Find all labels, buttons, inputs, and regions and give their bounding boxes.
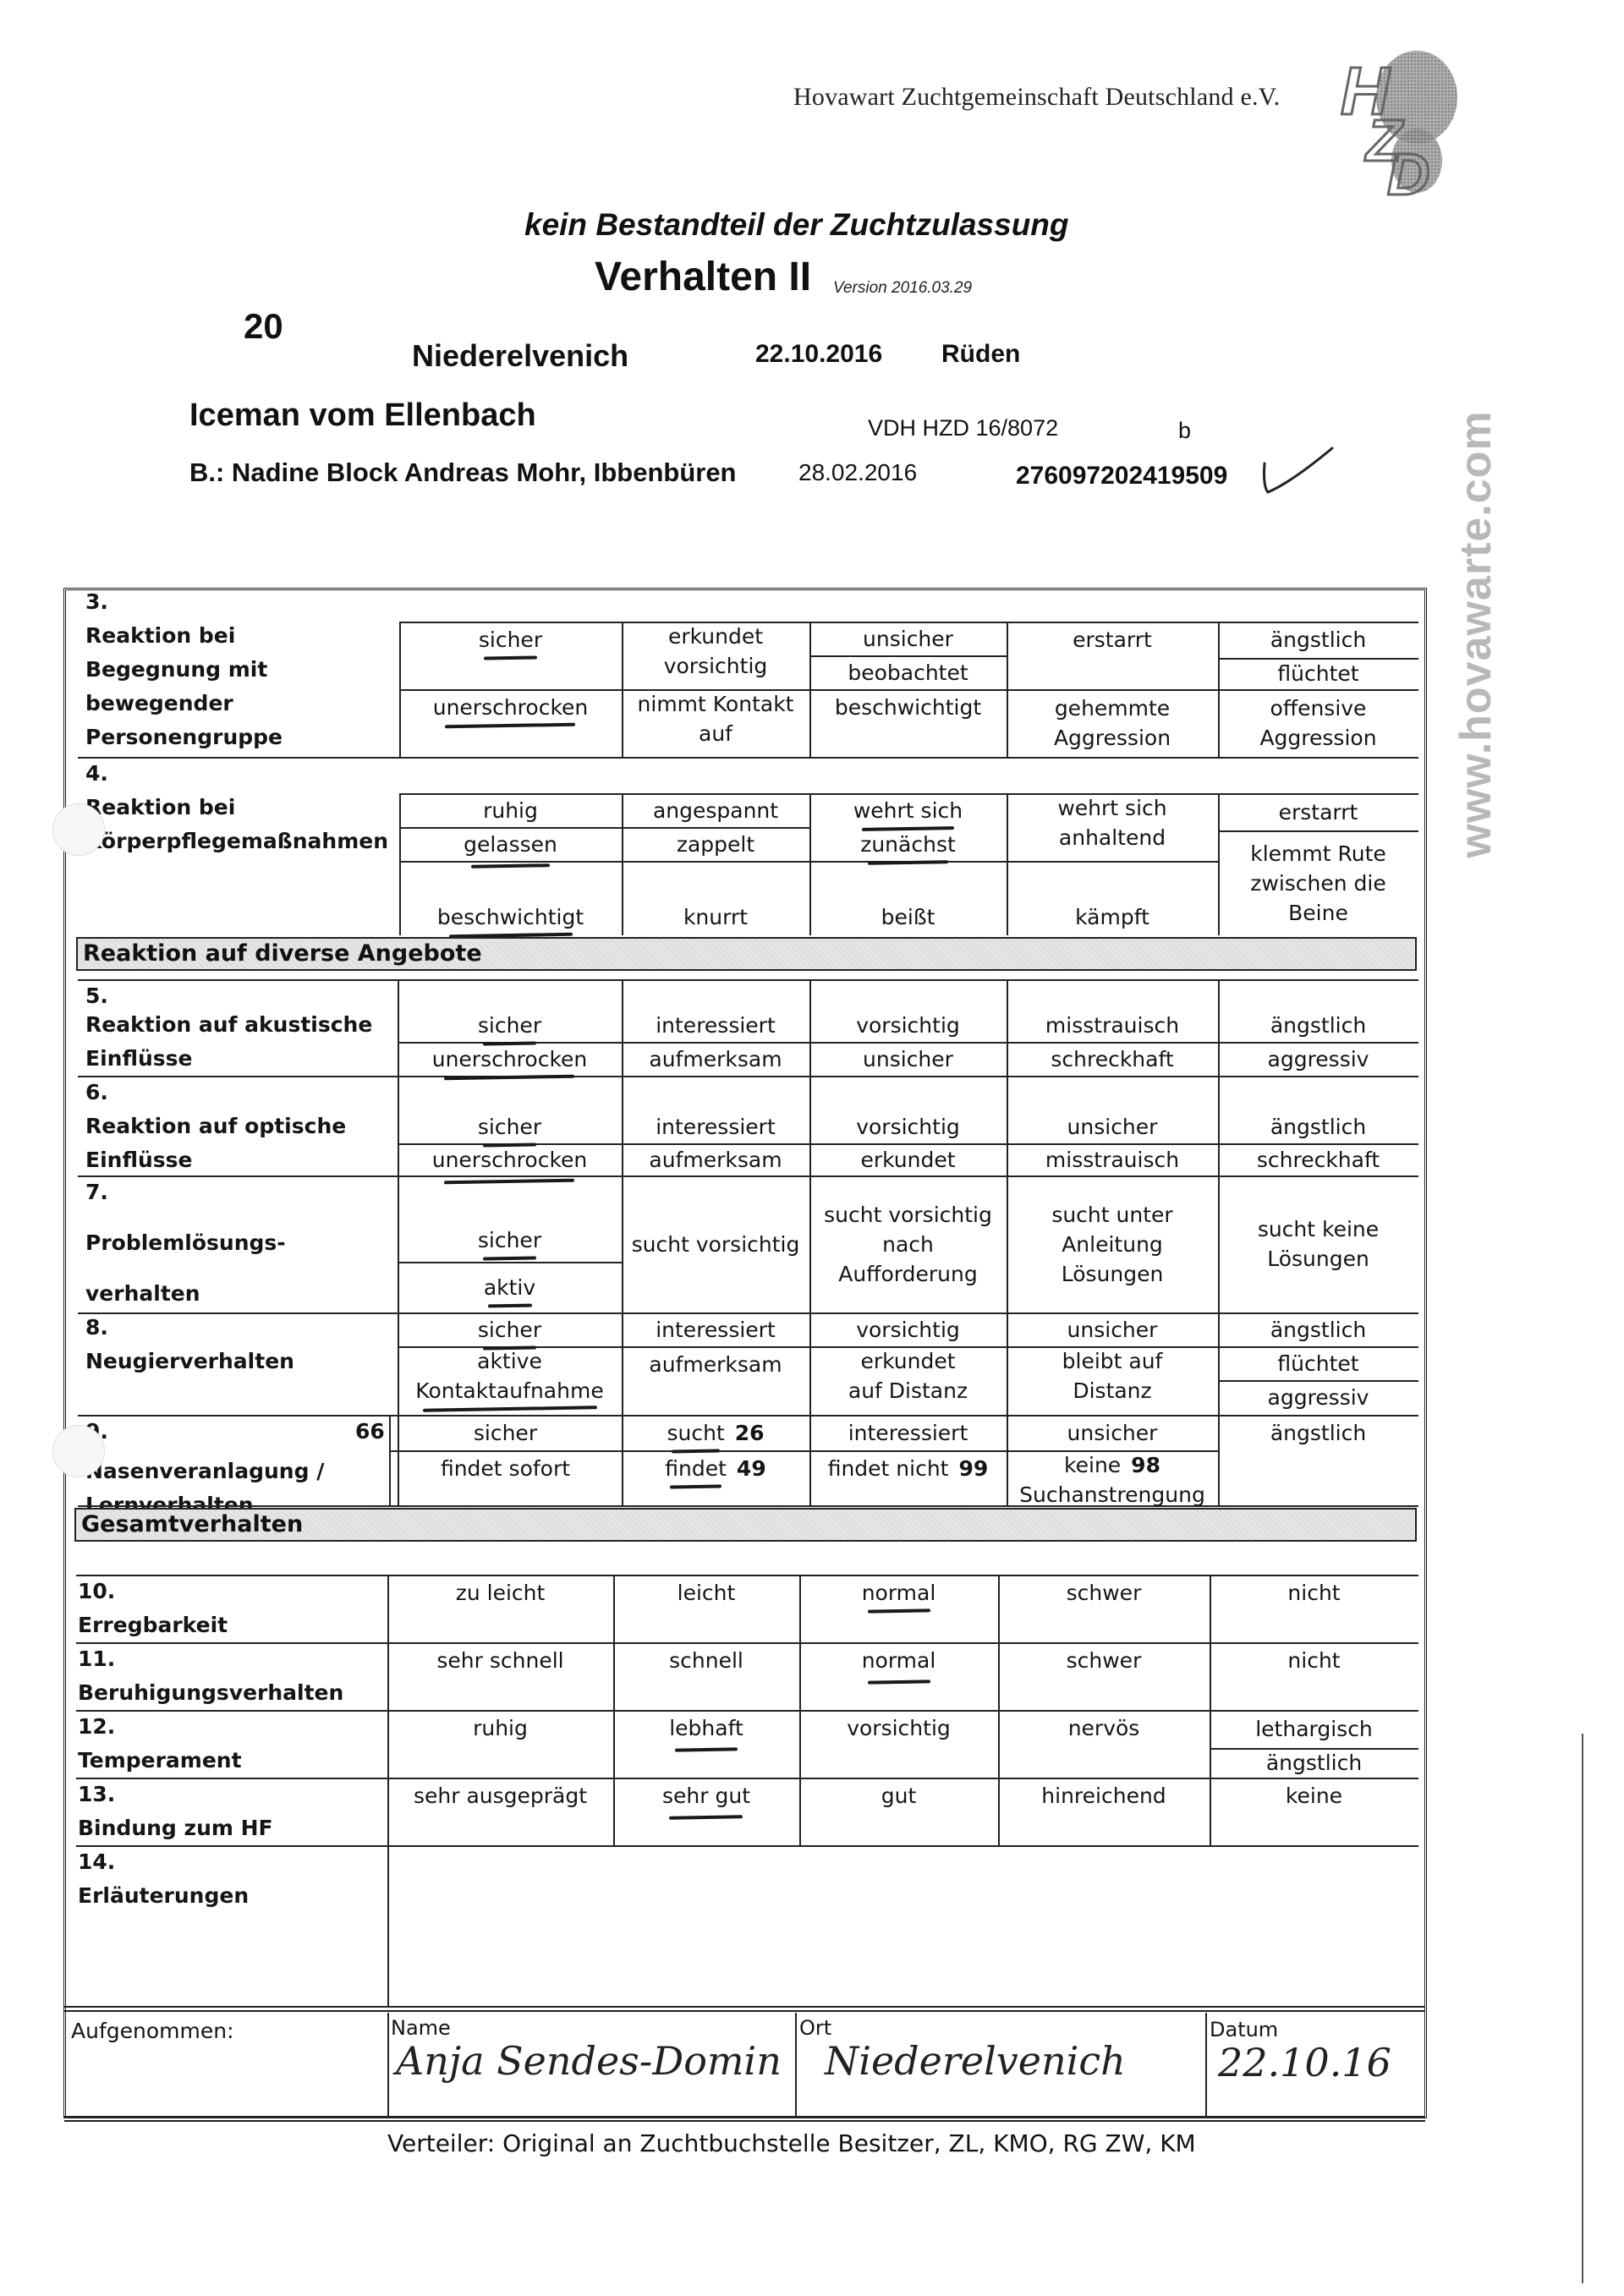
option-i11-normal[interactable]: normal bbox=[799, 1642, 998, 1710]
option-i12-aengstlich[interactable]: ängstlich bbox=[1210, 1748, 1418, 1778]
checkmark-icon bbox=[1258, 440, 1342, 499]
option-i4-erstarrt[interactable]: erstarrt bbox=[1218, 793, 1418, 830]
item-8-label: Neugierverhalten bbox=[85, 1345, 294, 1378]
item-7-number: 7. bbox=[85, 1175, 108, 1209]
option-i8-erkundet-auf-distanz[interactable]: erkundet auf Distanz bbox=[809, 1346, 1007, 1415]
option-i13-sehr-gut[interactable]: sehr gut bbox=[613, 1778, 799, 1845]
option-i8-bleibt-auf-distanz[interactable]: bleibt auf Distanz bbox=[1007, 1346, 1218, 1415]
option-i6-sicher[interactable]: sicher bbox=[398, 1110, 622, 1143]
svg-text:D: D bbox=[1387, 141, 1430, 199]
item-14-label: 14.Erläuterungen bbox=[78, 1845, 249, 1913]
dog-name: Iceman vom Ellenbach bbox=[189, 397, 536, 434]
option-i5-schreckhaft[interactable]: schreckhaft bbox=[1007, 1042, 1218, 1076]
option-i3-erkundet-vorsichtig[interactable]: erkundet vorsichtig bbox=[622, 622, 809, 689]
item-13-label: 13.Bindung zum HF bbox=[78, 1778, 273, 1845]
option-i5-sicher[interactable]: sicher bbox=[398, 1008, 622, 1042]
option-i4-klemmt-rute[interactable]: klemmt Rute zwischen die Beine bbox=[1218, 830, 1418, 935]
option-i8-aktive-kontaktaufnahme[interactable]: aktive Kontaktaufnahme bbox=[398, 1346, 622, 1415]
item-6-number: 6. bbox=[85, 1076, 108, 1110]
option-i7-sucht-vorsichtig[interactable]: sucht vorsichtig bbox=[622, 1175, 809, 1312]
scan-edge bbox=[1582, 1734, 1583, 2283]
item-12-label: 12.Temperament bbox=[78, 1710, 242, 1778]
breeder-info: B.: Nadine Block Andreas Mohr, Ibbenbüre… bbox=[189, 458, 737, 488]
option-i4-wehrt-sich[interactable]: wehrt sich bbox=[809, 793, 1007, 827]
place-field[interactable]: Niederelvenich bbox=[825, 2038, 1126, 2084]
option-i3-beobachtet[interactable]: beobachtet bbox=[809, 655, 1007, 689]
examiner-name-field[interactable]: Anja Sendes-Domin bbox=[396, 2038, 782, 2084]
option-i8-aengstlich[interactable]: ängstlich bbox=[1218, 1312, 1418, 1346]
aufgenommen-label: Aufgenommen: bbox=[71, 2014, 234, 2048]
erlaeuterungen-field[interactable] bbox=[389, 1847, 1417, 2004]
dog-number: 20 bbox=[244, 306, 283, 347]
option-i10-zu-leicht[interactable]: zu leicht bbox=[387, 1575, 613, 1642]
option-i4-zunaechst[interactable]: zunächst bbox=[809, 827, 1007, 861]
option-i7-sucht-unter-anleitung[interactable]: sucht unter Anleitung Lösungen bbox=[1007, 1175, 1218, 1312]
option-i13-hinreichend[interactable]: hinreichend bbox=[998, 1778, 1210, 1845]
option-i9-findet-sofort[interactable]: findet sofort bbox=[389, 1450, 622, 1505]
option-i8-sicher[interactable]: sicher bbox=[398, 1312, 622, 1346]
option-i4-zappelt[interactable]: zappelt bbox=[622, 827, 809, 861]
item-6-label: Reaktion auf optischeEinflüsse bbox=[85, 1110, 346, 1177]
option-i11-schnell[interactable]: schnell bbox=[613, 1642, 799, 1710]
option-i7-sucht-nach-aufforderung[interactable]: sucht vorsichtig nach Aufforderung bbox=[809, 1175, 1007, 1312]
page-title: Verhalten II bbox=[595, 254, 811, 300]
option-i10-schwer[interactable]: schwer bbox=[998, 1575, 1210, 1642]
option-i7-aktiv[interactable]: aktiv bbox=[398, 1262, 622, 1312]
option-i11-sehr-schnell[interactable]: sehr schnell bbox=[387, 1642, 613, 1710]
item-3-label: Reaktion beiBegegnung mitbewegenderPerso… bbox=[85, 619, 283, 754]
organization-name: Hovawart Zuchtgemeinschaft Deutschland e… bbox=[793, 83, 1280, 112]
item-10-label: 10.Erregbarkeit bbox=[78, 1575, 228, 1642]
option-i12-ruhig[interactable]: ruhig bbox=[387, 1710, 613, 1778]
option-i3-unsicher[interactable]: unsicher bbox=[809, 622, 1007, 655]
option-i7-sucht-keine-loesungen[interactable]: sucht keine Lösungen bbox=[1218, 1175, 1418, 1312]
option-i9-keine-suchanstrengung[interactable]: keine98 Suchanstrengung bbox=[1007, 1450, 1218, 1505]
option-i13-sehr-ausgepraegt[interactable]: sehr ausgeprägt bbox=[387, 1778, 613, 1845]
option-i4-beisst[interactable]: beißt bbox=[809, 861, 1007, 935]
option-i6-unerschrocken[interactable]: unerschrocken bbox=[398, 1143, 622, 1175]
option-i9-unsicher[interactable]: unsicher bbox=[1007, 1415, 1218, 1450]
watermark: www.hovawarte.com bbox=[1451, 338, 1501, 930]
option-i9-sicher[interactable]: sicher bbox=[389, 1415, 622, 1450]
dog-sex: Rüden bbox=[941, 340, 1020, 369]
option-i3-aengstlich[interactable]: ängstlich bbox=[1218, 622, 1418, 658]
option-i3-erstarrt[interactable]: erstarrt bbox=[1007, 622, 1218, 689]
option-i4-kaempft[interactable]: kämpft bbox=[1007, 861, 1218, 935]
birth-date: 28.02.2016 bbox=[798, 459, 917, 486]
option-i8-aufmerksam[interactable]: aufmerksam bbox=[622, 1346, 809, 1415]
item-9-score: 66 bbox=[355, 1415, 385, 1449]
date-field[interactable]: 22.10.16 bbox=[1218, 2040, 1391, 2085]
chip-number: 276097202419509 bbox=[1016, 462, 1227, 490]
registration-suffix: b bbox=[1178, 418, 1191, 444]
distribution-footer: Verteiler: Original an Zuchtbuchstelle B… bbox=[387, 2129, 1196, 2157]
option-i5-interessiert[interactable]: interessiert bbox=[622, 1008, 809, 1042]
option-i9-interessiert[interactable]: interessiert bbox=[809, 1415, 1007, 1450]
option-i4-angespannt[interactable]: angespannt bbox=[622, 793, 809, 827]
option-i6-aufmerksam[interactable]: aufmerksam bbox=[622, 1143, 809, 1175]
option-i8-unsicher[interactable]: unsicher bbox=[1007, 1312, 1218, 1346]
option-i9-findet-nicht[interactable]: findet nicht99 bbox=[809, 1450, 1007, 1505]
option-i12-vorsichtig[interactable]: vorsichtig bbox=[799, 1710, 998, 1778]
punch-hole bbox=[52, 1425, 105, 1477]
option-i5-unerschrocken[interactable]: unerschrocken bbox=[398, 1042, 622, 1076]
option-i12-nervoes[interactable]: nervös bbox=[998, 1710, 1210, 1778]
option-i3-gehemmte-aggression[interactable]: gehemmte Aggression bbox=[1007, 689, 1218, 757]
test-place: Niederelvenich bbox=[412, 338, 628, 374]
option-i4-gelassen[interactable]: gelassen bbox=[399, 827, 622, 861]
option-i6-interessiert[interactable]: interessiert bbox=[622, 1110, 809, 1143]
item-8-number: 8. bbox=[85, 1311, 108, 1345]
test-date: 22.10.2016 bbox=[755, 340, 882, 369]
option-i5-aggressiv[interactable]: aggressiv bbox=[1218, 1042, 1418, 1076]
option-i10-leicht[interactable]: leicht bbox=[613, 1575, 799, 1642]
punch-hole bbox=[52, 803, 105, 856]
option-i4-ruhig[interactable]: ruhig bbox=[399, 793, 622, 827]
option-i8-vorsichtig[interactable]: vorsichtig bbox=[809, 1312, 1007, 1346]
option-i6-unsicher[interactable]: unsicher bbox=[1007, 1110, 1218, 1143]
item-11-label: 11.Beruhigungsverhalten bbox=[78, 1642, 343, 1710]
option-i3-offensive-aggression[interactable]: offensive Aggression bbox=[1218, 689, 1418, 757]
option-i4-wehrt-sich-anhaltend[interactable]: wehrt sich anhaltend bbox=[1007, 793, 1218, 861]
datum-label: Datum bbox=[1210, 2018, 1278, 2042]
option-i3-fluechtet[interactable]: flüchtet bbox=[1218, 658, 1418, 689]
option-i12-lebhaft[interactable]: lebhaft bbox=[613, 1710, 799, 1778]
option-i3-sicher[interactable]: sicher bbox=[399, 622, 622, 689]
option-i3-nimmt-kontakt-auf[interactable]: nimmt Kontakt auf bbox=[622, 689, 809, 757]
option-i8-interessiert[interactable]: interessiert bbox=[622, 1312, 809, 1346]
option-i5-vorsichtig[interactable]: vorsichtig bbox=[809, 1008, 1007, 1042]
hzd-logo-icon: H Z D bbox=[1315, 42, 1497, 199]
option-i12-lethargisch[interactable]: lethargisch bbox=[1210, 1710, 1418, 1748]
option-i4-knurrt[interactable]: knurrt bbox=[622, 861, 809, 935]
section-gesamtverhalten: Gesamtverhalten bbox=[74, 1508, 1417, 1542]
registration-number: VDH HZD 16/8072 bbox=[868, 415, 1058, 441]
item-7-label-1: Problemlösungs- bbox=[85, 1226, 286, 1260]
option-i3-beschwichtigt[interactable]: beschwichtigt bbox=[809, 689, 1007, 757]
item-7-label-2: verhalten bbox=[85, 1277, 200, 1311]
item-3-number: 3. bbox=[85, 585, 108, 619]
item-4-label: Reaktion beiKörperpflegemaßnahmen bbox=[85, 791, 388, 858]
option-i13-keine[interactable]: keine bbox=[1210, 1778, 1418, 1845]
option-i3-unerschrocken[interactable]: unerschrocken bbox=[399, 689, 622, 757]
option-i10-nicht[interactable]: nicht bbox=[1210, 1575, 1418, 1642]
name-label: Name bbox=[391, 2016, 451, 2041]
option-i8-aggressiv[interactable]: aggressiv bbox=[1218, 1380, 1418, 1415]
option-i9-aengstlich[interactable]: ängstlich bbox=[1218, 1415, 1418, 1505]
option-i9-sucht[interactable]: sucht26 bbox=[622, 1415, 809, 1450]
option-i8-fluechtet[interactable]: flüchtet bbox=[1218, 1346, 1418, 1380]
item-5-label: Reaktion auf akustischeEinflüsse bbox=[85, 1008, 372, 1076]
option-i10-normal[interactable]: normal bbox=[799, 1575, 998, 1642]
option-i6-misstrauisch[interactable]: misstrauisch bbox=[1007, 1143, 1218, 1175]
option-i6-erkundet[interactable]: erkundet bbox=[809, 1143, 1007, 1175]
option-i4-beschwichtigt[interactable]: beschwichtigt bbox=[399, 861, 622, 935]
option-i6-aengstlich[interactable]: ängstlich bbox=[1218, 1110, 1418, 1143]
option-i5-aufmerksam[interactable]: aufmerksam bbox=[622, 1042, 809, 1076]
option-i9-findet[interactable]: findet49 bbox=[622, 1450, 809, 1505]
version-label: Version 2016.03.29 bbox=[833, 279, 972, 298]
option-i6-vorsichtig[interactable]: vorsichtig bbox=[809, 1110, 1007, 1143]
option-i5-misstrauisch[interactable]: misstrauisch bbox=[1007, 1008, 1218, 1042]
option-i5-unsicher[interactable]: unsicher bbox=[809, 1042, 1007, 1076]
subtitle: kein Bestandteil der Zuchtzulassung bbox=[524, 207, 1069, 243]
section-diverse-angebote: Reaktion auf diverse Angebote bbox=[76, 937, 1417, 971]
option-i11-nicht[interactable]: nicht bbox=[1210, 1642, 1418, 1710]
option-i7-sicher[interactable]: sicher bbox=[398, 1218, 622, 1262]
ort-label: Ort bbox=[799, 2016, 831, 2041]
item-4-number: 4. bbox=[85, 757, 108, 791]
option-i5-aengstlich[interactable]: ängstlich bbox=[1218, 1008, 1418, 1042]
option-i11-schwer[interactable]: schwer bbox=[998, 1642, 1210, 1710]
option-i6-schreckhaft[interactable]: schreckhaft bbox=[1218, 1143, 1418, 1175]
option-i13-gut[interactable]: gut bbox=[799, 1778, 998, 1845]
